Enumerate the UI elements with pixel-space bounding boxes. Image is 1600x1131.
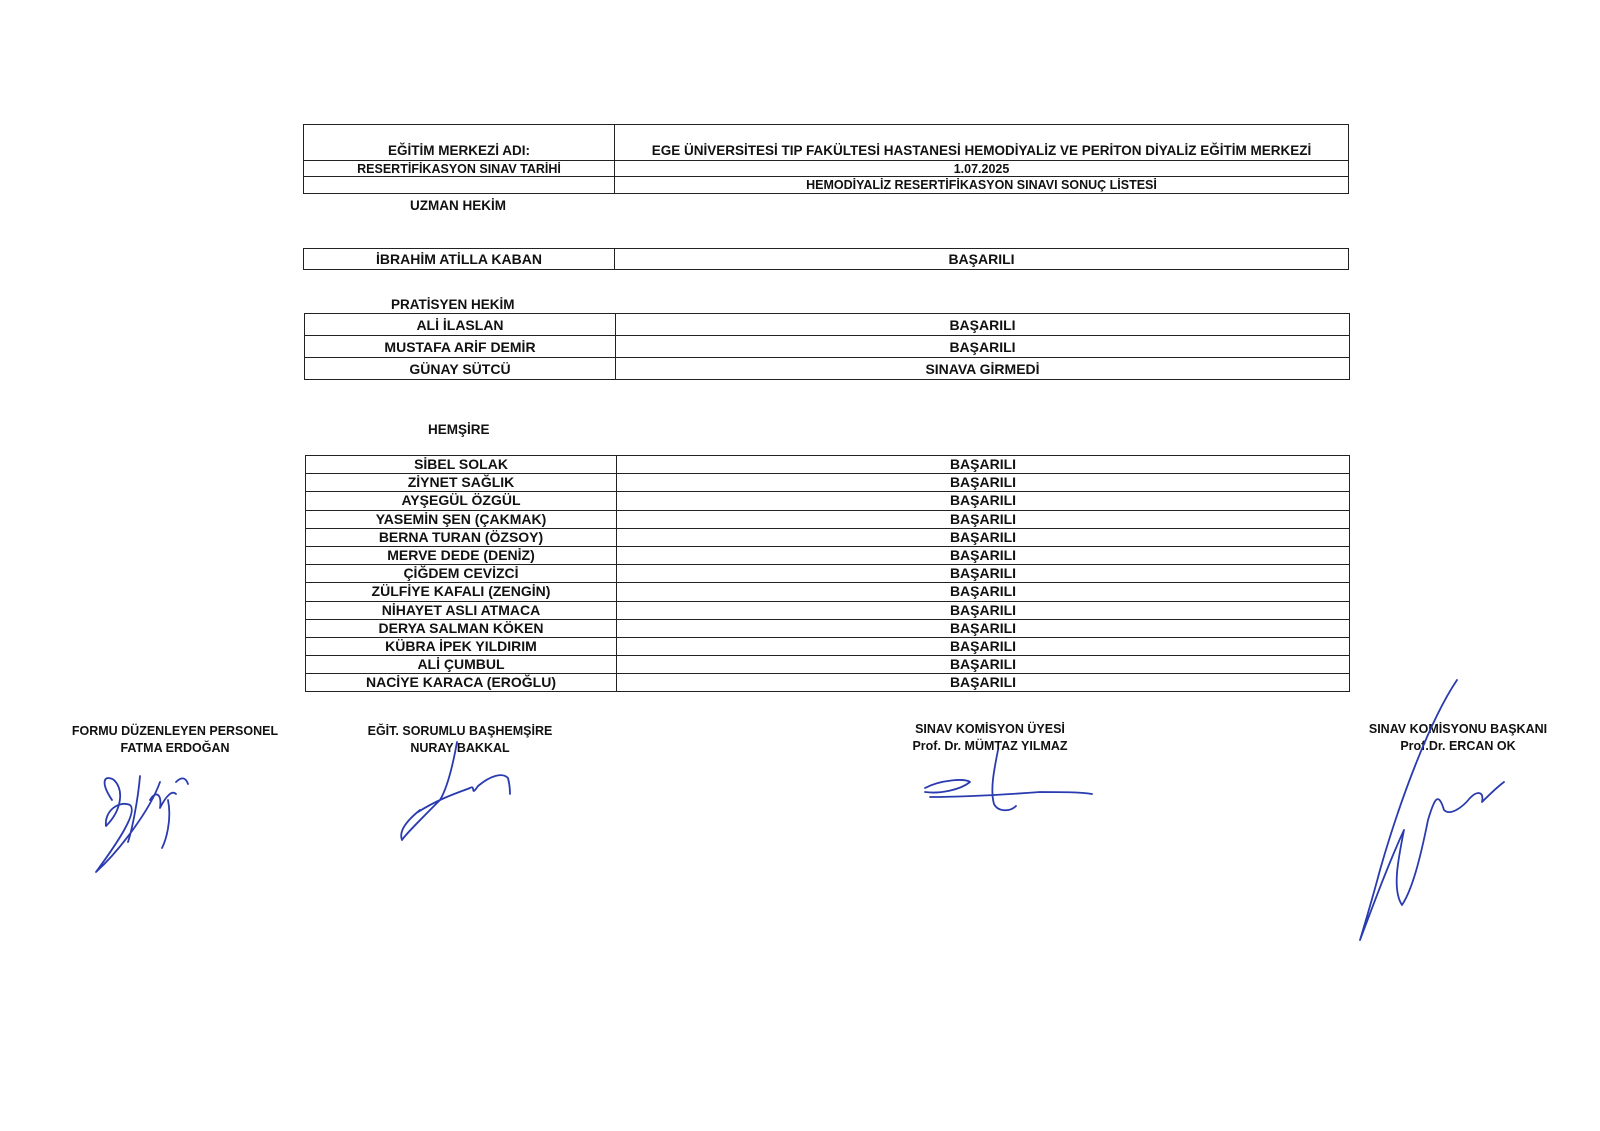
signature-mark-4: [1360, 680, 1504, 940]
handwritten-signatures: [0, 0, 1600, 1131]
signature-mark-1: [96, 776, 188, 872]
signature-mark-2: [401, 742, 510, 840]
signature-mark-3: [925, 750, 1092, 810]
